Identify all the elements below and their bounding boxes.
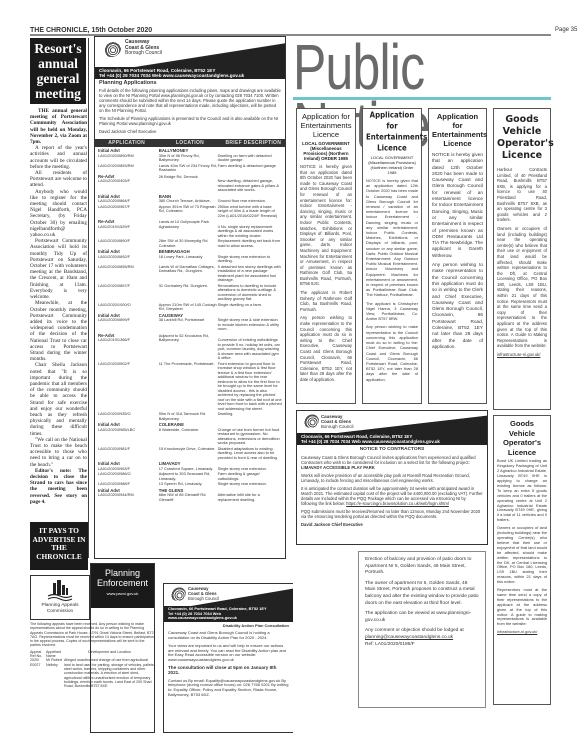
application-number: LA01/2020/0864/F [98,198,130,203]
resort-para: Meanwhile, at the October monthly meetin… [30,300,87,362]
description: Replacement dwelling set back from road … [218,239,282,248]
application-number: LA01/2020/0944/RM [98,492,134,497]
description: 250kw wind turbine with a base height of… [218,205,282,219]
table-row: LA01/2020/0981/F15 Knockmoyle Drive, Col… [95,447,285,461]
description: Dwelling on farm with detached double ga… [218,149,282,163]
table-row: LA01/2020/0895/RMLands W of Darnaflaw Co… [95,265,285,283]
col-header: BRIEF DESCRIPTION [222,140,285,146]
table-row: Initial AdvtLA01/2020/0963/FLIMAVADY17 C… [95,462,285,471]
council-name: Causeway Coast & Glens Borough Council [188,587,219,601]
table-row: LA01/2020/0986/OAdjacent to 393 Seacoast… [95,472,285,481]
planning-intro: Planning Applications Full details of th… [95,79,285,139]
resort-article: THE annual general meeting of Portstewar… [30,108,87,505]
page-number: Page 35 [555,27,577,33]
location-text: 31 Gortnahey Rd. Dungiven. [159,283,208,288]
table-row: LA01/2020/1000/OApprox 210m SW of 145 Co… [95,303,285,312]
notice-body: Harbour Contracts Limited, of 40 Priestl… [497,167,547,358]
application-ref: LA01/2020/0981/F [98,447,159,461]
council-logo-icon [101,40,121,57]
table-row: Re-AdvtLA01/2019/1366/FAdjacent to 52 Kn… [95,334,285,361]
location: BALLYMONEY30m N of 96 Finvoy Rd, Ballymo… [159,149,218,163]
application-ref: Initial AdvtLA01/2020/0890/RM [98,149,159,163]
table-row: Initial AdvtLA01/2020/0899/FCAUSEWAY38 L… [95,314,285,332]
location-text: Lands W of Darnaflaw Cottages, Darnaflaw… [159,264,215,274]
application-number: LA01/2020/0899/F [98,317,130,322]
notice-subtitle: LOCAL GOVERNMENT (Miscellaneous Provisio… [300,141,352,161]
location-text: 30m N of 96 Finvoy Rd, Ballymoney [159,153,200,163]
appellant-name: Mr Robert Nellsby [46,658,62,688]
planning-intro-text: Full details of the following planning a… [99,88,281,113]
location: Approx 391m SW of 73 Ringrash Rd, Colera… [159,205,218,219]
application-ref: Initial AdvtLA01/2020/0892/F [98,250,159,264]
description: New dwelling, detached garage, relocated… [218,175,282,193]
location: Adjacent to 52 Knockans Rd, Ballymoney. [159,334,218,361]
disability-closing: The consultation will close at 5pm on Ja… [168,666,289,676]
notice-title: Application for Entertainments Licence [300,112,352,139]
council-name-line: Borough Council [188,597,219,602]
planning-table-body: Initial AdvtLA01/2020/0890/RMBALLYMONEY3… [95,149,285,502]
application-number: LA01/2020/0967/F [98,204,130,209]
notice-text: Any person wishing to make representatio… [432,262,483,350]
notice-text: NOTICE is hereby given that an applicati… [300,164,352,287]
column-divider [88,38,89,558]
application-number: LA01/2020/0890/F [98,238,130,243]
description: 4 No. single storey replacement dwelling… [218,220,282,238]
resort-lead: THE annual general meeting of Portstewar… [30,108,87,145]
entertainment-licence-notice-1: Application for Entertainments Licence L… [296,108,356,404]
table-row: LA01/2020/0897/F31 Gortnahey Rd. Dungive… [95,284,285,302]
application-number: LA01/2020/0502/F [98,361,130,366]
application-number: LA01/2020/0892/F [98,254,130,259]
council-name: Causeway Coast & Glens Borough Council [125,40,162,57]
col-header: LOCATION [158,140,221,146]
masthead: THE CHRONICLE, 15th October 2020 [30,27,152,34]
application-ref: Initial AdvtLA01/2020/0899/F [98,314,159,332]
application-number: LA01/2019/1529/F [98,224,130,229]
location-text: 13 Sperrin Rd, Limavady. [159,481,203,486]
council-header: Causeway Coast & Glens Borough Council [297,411,487,433]
description: Front extension to ground floor to incre… [218,362,282,412]
disability-contact: Contact us By email: Equality@causewayco… [168,679,289,698]
application-number: LA01/2020/0935/O [98,411,131,416]
table-row: LA01/2020/0935/O50m N of 31A Tamnock Rd.… [95,412,285,421]
disability-title: Disability Action Plan Consultation [168,624,289,629]
contractors-text: PQQ submissions must be received/returne… [301,509,483,519]
description: Ground floor rear extension. [218,195,282,204]
application-number: LA01/2020/0893/RM [98,163,134,168]
resort-para: Portstewart Community Association will h… [30,238,87,300]
location-text: Adjacent to 52 Knockans Rd, Ballymoney. [159,333,209,343]
council-contact: Tel +44 (0) 28 7034 7034 Web www.causewa… [99,73,281,78]
location: 28m SW of 30 Moneydig Rd. Coleraine. [159,239,218,248]
goods-vehicle-notice-1: Goods Vehicle Operator's Licence Harbour… [493,108,551,410]
notice-title: Application for Entertainments Licence [432,112,483,148]
application-ref: LA01/2020/0986/O [98,472,159,481]
contractors-text: Causeway Coast & Glens Borough Council i… [301,455,476,465]
planning-appeals-logo-box: Planning Appeals Commission [30,575,90,620]
notice-text: The applicant is Christopher Nigel Hanna… [366,301,418,322]
location: 11 The Promenade, Portstewart. [159,362,218,412]
description: Farm dwelling & garage/ outbuildings. [218,472,282,481]
location: CAUSEWAY38 Larkhill Rd, Portstewart [159,314,218,332]
council-header: Causeway Coast & Glens Borough Council [164,584,293,606]
location-text: Approx 391m SW of 73 Ringrash Rd, Colera… [159,204,216,214]
notice-text: Any person wishing to make representatio… [366,324,418,381]
council-logo-icon [170,587,186,601]
application-ref: Initial AdvtLA01/2020/0965/LBC [98,423,159,446]
application-ref: Initial AdvtLA01/2020/0864/F [98,195,159,204]
notice-text: Bund UK Limited trading as Kingsbury Pac… [497,459,547,523]
application-ref: Initial AdvtLA01/2020/0963/F [98,462,159,471]
notice-text: Owners or occupiers of land (including b… [497,526,547,585]
contractors-signoff: David Jackson Chief Executive [301,522,483,527]
council-name-line: Borough Council [321,424,353,429]
table-row: LA01/2020/0890/F28m SW of 30 Moneydig Rd… [95,239,285,248]
notice-text: The application can be viewed at www.pla… [365,611,479,624]
location-text: Approx 210m SW of 145 Coolagh Rd, Greyst… [159,302,217,312]
application-number: LA01/2020/0897/F [98,283,130,288]
description: Alternative infill site for a replacemen… [218,489,282,503]
contractors-notice: Causeway Coast & Glens Borough Council C… [296,410,488,545]
location: THE GLENS68m NW of 85 Glenariff Rd. Glen… [159,489,218,503]
notice-subtitle: LOCAL GOVERNMENT (Miscellaneous Provisio… [366,155,418,175]
resort-para: All residents of Portstewart are welcome… [30,170,87,189]
application-number: LA01/2020/0895/RM [98,264,134,269]
planning-enforcement-title: Planning Enforcement [91,568,154,588]
location-text: 38 Larkhill Rd, Portstewart [159,317,205,322]
location: 31 Gortnahey Rd. Dungiven. [159,284,218,302]
col-header: Appeal Ref No. [30,650,44,659]
planning-title: Planning Applications [99,81,281,86]
location: Lands W of Darnaflaw Cottages, Darnaflaw… [159,265,218,283]
resort-para: Anybody who would like to register for t… [30,189,87,239]
council-address-bar: Cloonavin, 66 Portstewart Road, Colerain… [164,606,293,622]
description: Single storey rear extension. [218,482,282,487]
city-skyline-icon [47,579,73,601]
location-text: Adjacent to 393 Seacoast Rd, Limavady. [159,471,210,481]
notice-title: Goods Vehicle Operator's Licence [497,419,547,457]
contractors-text: Works will involve provision of an acces… [301,473,483,483]
table-row: LA01/2020/0502/F11 The Promenade, Portst… [95,362,285,412]
location: 50m N of 31A Tamnock Rd. Ballymoney. [159,412,218,421]
infrastructure-link[interactable]: infrastructure-ni.gov.uk/ [497,352,540,357]
notice-body: Bund UK Limited trading as Kingsbury Pac… [497,459,547,635]
location-text: 380 Church Terrace, Articlave, [159,198,211,203]
section-title-rule [293,97,551,100]
table-row: LA01/2020/0967/FApprox 391m SW of 73 Rin… [95,205,285,219]
application-ref: LA01/2020/0935/O [98,412,159,421]
planning-appeals-org: Planning Appeals Commission [31,603,89,615]
contractors-body: NOTICE TO CONTRACTORS Causeway Coast & G… [297,445,487,532]
application-number: LA01/2020/0965/LBC [98,427,135,432]
notice-text: Owners or occupiers of land (including b… [497,226,547,349]
disability-body: Disability Action Plan Consultation Caus… [164,622,293,703]
col-header: APPLICATION [95,140,158,146]
location-text: 68m NW of 85 Glenariff Rd. Glenariff. [159,492,207,502]
location: 13 Sperrin Rd, Limavady. [159,482,218,487]
council-contact: Tel +44 (0) 28 7034 7034 Web www.causewa… [168,612,289,621]
planning-enforcement-header: Planning Enforcement www.pacni.gov.uk [91,564,154,608]
notice-body: NOTICE is hereby given that an applicati… [366,178,418,382]
description: Renovations to dwelling to include alter… [218,284,282,302]
contractors-project: LIMAVADY ACCESSIBLE PLAY PARK [301,465,375,470]
application-number: LA01/2020/1000/O [98,302,131,307]
location: 15 Knockmoyle Drive, Coleraine. [159,447,218,461]
description: Disabled adaptations to existing dwellin… [218,447,282,461]
description: Single storey rear & side extension to i… [218,314,282,332]
description: Conversion of existing outbuildings to p… [218,334,282,361]
location-text: 8 Waterside, Coleraine. [159,427,200,432]
table-row: Re-AdvtLA01/2020/0403/F26 Bridge Rd, Der… [95,175,285,193]
application-number: LA01/2020/0963/F [98,466,130,471]
resort-para: A report of the year's activities and an… [30,145,87,170]
balcony-planning-notice: Erection of balcony and provision of pat… [358,551,486,708]
description: Change of use from former hot food resta… [218,423,282,446]
location: Lands at 14 Gullyroaple Park Aghadowey [159,220,218,238]
council-header: Causeway Coast & Glens Borough Council [95,37,285,67]
application-number: LA01/2020/0986/O [98,471,131,476]
location: Approx 210m SW of 145 Coolagh Rd, Greyst… [159,303,218,312]
application-ref: LA01/2020/0988/F [98,482,159,487]
description: Dwelling. [218,412,282,421]
description: Single storey rear extension. [218,462,282,471]
entertainment-licence-notice-2: Application for Entertainments Licence L… [362,108,422,404]
table-row: Initial AdvtLA01/2020/0965/LBCCOLERAINE8… [95,423,285,446]
application-ref: Re-AdvtLA01/2019/1366/F [98,334,159,361]
notice-body: NOTICE is hereby given that an applicati… [432,152,483,350]
location: BANN380 Church Terrace, Articlave, [159,195,218,204]
location-text: 15 Knockmoyle Drive, Coleraine. [159,446,216,451]
application-ref: LA01/2020/0897/F [98,284,159,302]
notice-text: Harbour Contracts Limited, of 40 Priestl… [497,167,547,223]
location-text: 50m N of 31A Tamnock Rd. Ballymoney. [159,411,206,421]
notice-text: The applicant is Robert Doherty of Rathm… [300,290,352,312]
application-ref: LA01/2020/0893/RM [98,164,159,173]
resort-para: "We call on the National Trust to make t… [30,437,87,468]
application-ref: LA01/2020/0967/F [98,205,159,219]
location: BENBRADAGH16 Lowry Park, Limavady [159,250,218,264]
application-number: LA01/2020/0988/F [98,481,130,486]
council-contact: Tel +44 (0) 28 7034 7034 Web www.causewa… [301,439,483,444]
table-row: Re-AdvtLA01/2019/1529/FLands at 14 Gully… [95,220,285,238]
resort-para: Chair Sheila Jackson noted that "It is s… [30,362,87,436]
location-text: 11 The Promenade, Portstewart. [159,361,215,366]
notice-text: NOTICE is hereby given that an applicati… [366,178,418,298]
infrastructure-link[interactable]: infrastructure-ni.gov.uk/ [497,629,537,634]
application-ref: LA01/2020/0895/RM [98,265,159,283]
planning-signoff: David Jackson Chief Executive [99,129,281,134]
location-text: 17 Crawford Square, Limavady. [159,466,213,471]
application-ref: LA01/2020/1000/O [98,303,159,312]
notice-ref: Ref: LA01/2020/0186/F [365,642,479,649]
location-text: 28m SW of 30 Moneydig Rd. Coleraine. [159,238,209,248]
description: Single dwelling on a farm. [218,303,282,312]
notice-text: NOTICE is hereby given that an applicati… [432,152,483,259]
table-row: LA01/2020/0988/F13 Sperrin Rd, Limavady.… [95,482,285,487]
disability-text: Your views are important to us and will … [168,644,289,663]
appeal-ref: 2020/ E0027 [30,658,44,688]
table-row: Initial AdvtLA01/2020/0890/RMBALLYMONEY3… [95,149,285,163]
application-ref: LA01/2020/0890/F [98,239,159,248]
council-name: Causeway Coast & Glens Borough Council [321,414,353,429]
table-row: LA01/2020/0893/RMLands 40m SW of 234 Fin… [95,164,285,173]
application-ref: LA01/2020/0502/F [98,362,159,412]
application-number: LA01/2020/0981/F [98,446,130,451]
application-ref: Re-AdvtLA01/2020/0403/F [98,175,159,193]
table-row: Initial AdvtLA01/2020/0892/FBENBRADAGH16… [95,250,285,264]
planning-enforcement-box: Planning Enforcement www.pacni.gov.uk [90,563,155,733]
location-text: Lands at 14 Gullyroaple Park Aghadowey [159,219,209,229]
description: Farm dwelling & detached garage. [218,164,282,173]
notice-body: NOTICE is hereby given that an applicati… [300,164,352,383]
application-ref: Re-AdvtLA01/2019/1529/F [98,220,159,238]
table-row: Initial AdvtLA01/2020/0944/RMTHE GLENS68… [95,489,285,503]
notice-text: Any person wishing to make representatio… [300,315,352,382]
location: LIMAVADY17 Crawford Square, Limavady. [159,462,218,471]
application-ref: Initial AdvtLA01/2020/0944/RM [98,489,159,503]
advertise-banner: IT PAYS TO ADVERTISE IN THE CHRONICLE [30,522,88,570]
application-number: LA01/2020/0890/RM [98,153,134,158]
planning-enforcement-url: www.pacni.gov.uk [91,591,154,596]
notice-text: Any comment or objection should be lodge… [365,628,479,635]
contractors-title: NOTICE TO CONTRACTORS [301,447,483,452]
notice-title: Goods Vehicle Operator's Licence [497,114,547,162]
notice-text: The owner of apartment Nr 5, Golden Sand… [365,581,479,607]
location-text: Lands 40m SW of 234 Finvoy Rd, Rasharkin [159,163,217,173]
table-row: Initial AdvtLA01/2020/0864/FBANN380 Chur… [95,195,285,204]
council-address-bar: Cloonavin, 66 Portstewart Road, Colerain… [297,433,487,445]
editor-note: Editor's note: The decision to close the… [30,468,87,505]
notice-text: Representors must at the same time send … [497,588,547,627]
goods-vehicle-notice-2: Goods Vehicle Operator's Licence Bund UK… [493,415,551,705]
header-wedge [95,37,285,67]
location-text: 16 Lowry Park, Limavady [159,254,203,259]
description: 9 detached two storey dwellings with ins… [218,265,282,283]
disability-text: Causeway Coast and Glens Borough Council… [168,631,289,641]
col-header: Appellant Name [46,650,62,659]
location: Adjacent to 393 Seacoast Rd, Limavady. [159,472,218,481]
disability-plan-notice: Causeway Coast & Glens Borough Council C… [163,583,293,733]
esourcing-link[interactable]: https://e-sourcingni.bravosolution.co.uk… [346,501,449,506]
planning-table-header: APPLICATION LOCATION BRIEF DESCRIPTION [95,139,285,147]
planning-schedule-text: The Schedule of Planning Applications is… [99,116,281,126]
council-name-line: Borough Council [125,51,162,57]
description: Single storey rear extension to dwelling… [218,250,282,264]
location: COLERAINE8 Waterside, Coleraine. [159,423,218,446]
location: Lands 40m SW of 234 Finvoy Rd, Rasharkin [159,164,218,173]
council-logo-icon [303,414,319,428]
council-address-bar: Cloonavin, 66 Portstewart Road, Colerain… [95,67,285,79]
application-number: LA01/2019/1366/F [98,337,130,342]
notice-title: Application for Entertainments Licence [366,110,418,154]
planning-email-link[interactable]: planning@causewaycoastandglens.co.uk [365,635,479,642]
location-text: 26 Bridge Rd, Dervock [159,174,198,179]
application-number: LA01/2020/0403/F [98,178,130,183]
planning-applications-notice: Causeway Coast & Glens Borough Council C… [94,36,286,559]
location: 26 Bridge Rd, Dervock [159,175,218,193]
resort-headline: Resort's annual general meeting [30,38,86,104]
entertainment-licence-notice-3: Application for Entertainments Licence N… [428,108,487,404]
notice-text: Erection of balcony and provision of pat… [365,557,479,577]
